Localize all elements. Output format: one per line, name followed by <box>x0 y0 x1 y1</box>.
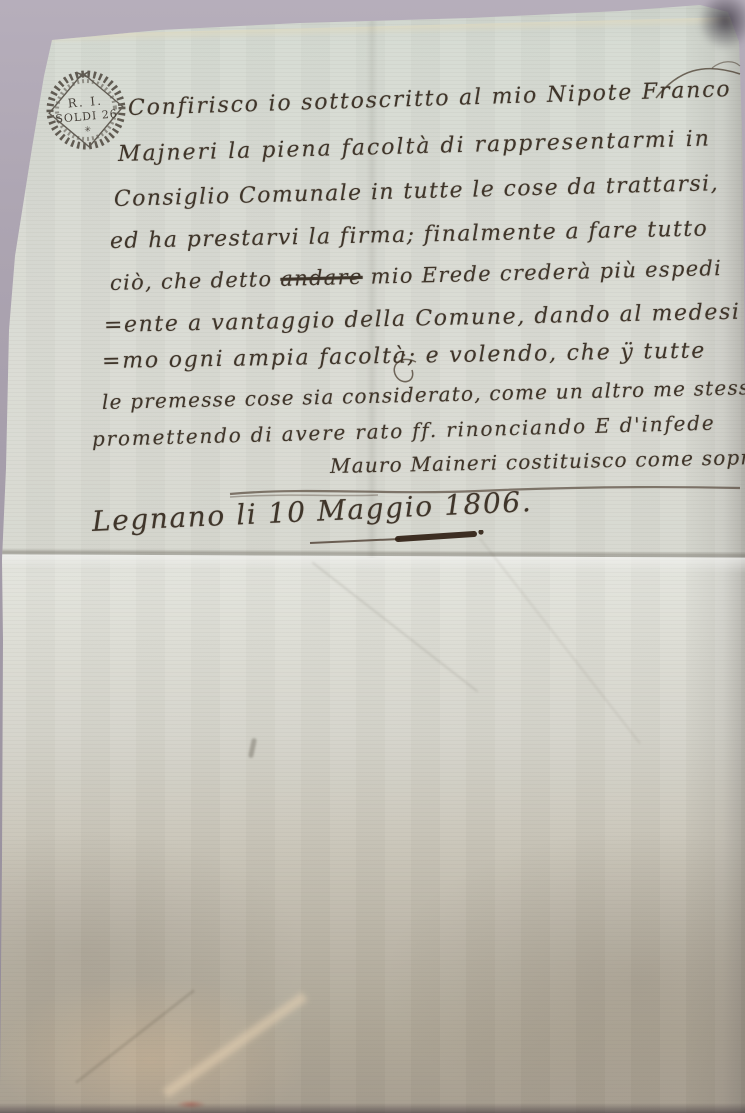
ink-smudge <box>248 738 257 759</box>
top-deckle-edge <box>46 17 736 44</box>
wrinkle-highlight <box>163 992 308 1098</box>
wrinkle-line <box>75 989 195 1084</box>
stamp-ornament: ✳ <box>84 125 92 135</box>
fold-crease-highlight <box>0 554 745 573</box>
wrinkle-line <box>312 562 479 693</box>
struck-word: andare <box>280 265 363 291</box>
bottom-edge-shadow <box>0 1103 745 1113</box>
line5-pre: ciò, che detto <box>110 267 281 295</box>
paper-sheet <box>0 0 745 1113</box>
date-underline <box>308 530 488 548</box>
photographed-manuscript: R. I. SOLDI 26 ✳ Confirisco io sottoscri… <box>0 0 745 1113</box>
corner-shadow <box>698 0 745 50</box>
